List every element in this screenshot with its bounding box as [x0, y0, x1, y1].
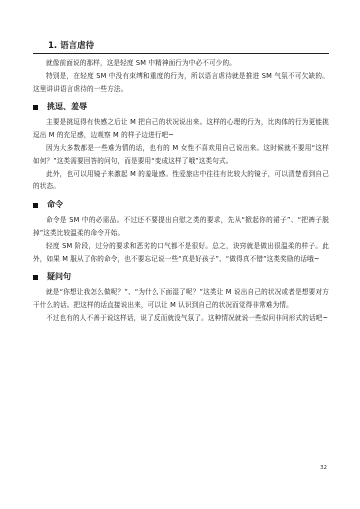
- body-paragraph: 轻度 SM 阶段，过分的要求和恶劣的口气都不是很好。总之，诀窍就是做出很温柔的样…: [33, 240, 329, 266]
- subheading-text: 命令: [47, 198, 63, 212]
- body-paragraph: 就是“你想让我怎么做呢？”、“为什么下面湿了呢？”这类让 M 说出自己的状况或者…: [33, 286, 329, 312]
- square-bullet-icon: [33, 203, 38, 208]
- square-bullet-icon: [33, 105, 38, 110]
- body-paragraph: 命令是 SM 中的必需品。不过还不要提出自慰之类的要求，先从“掀起你的裙子”、“…: [33, 214, 329, 240]
- page-content: 1. 语言虐待 就像前面说的那样，这是轻度 SM 中精神面行为中必不可少的。 特…: [33, 40, 329, 325]
- body-paragraph: 主要是挑逗得有快感之后让 M 把自己的状况说出来。这样的心理的行为，比肉体的行为…: [33, 116, 329, 142]
- square-bullet-icon: [33, 275, 38, 280]
- body-paragraph: 此外，也可以用镜子来激起 M 的羞耻感。性爱旅店中往往有比较大的镜子，可以清楚看…: [33, 168, 329, 194]
- body-paragraph: 不过也有的人不善于说这样话，说了反而就没气氛了。这种情况就说一些似问非问形式的话…: [33, 312, 329, 325]
- subheading: 疑问句: [33, 270, 329, 284]
- subheading-text: 疑问句: [47, 270, 71, 284]
- page-number: 32: [320, 465, 327, 471]
- subheading: 命令: [33, 198, 329, 212]
- body-paragraph: 因为大多数都是一些难为情的话，也有的 M 女性不喜欢用自己说出来。这时候就不要用…: [33, 142, 329, 168]
- intro-paragraph: 特别是，在轻度 SM 中没有束缚和重度的行为，所以语言虐待就是推进 SM 气氛不…: [33, 70, 329, 96]
- document-page: 1. 语言虐待 就像前面说的那样，这是轻度 SM 中精神面行为中必不可少的。 特…: [0, 0, 360, 509]
- intro-paragraph: 就像前面说的那样，这是轻度 SM 中精神面行为中必不可少的。: [33, 57, 329, 70]
- subheading-text: 挑逗、羞辱: [47, 100, 87, 114]
- section-title: 1. 语言虐待: [33, 40, 329, 54]
- subheading: 挑逗、羞辱: [33, 100, 329, 114]
